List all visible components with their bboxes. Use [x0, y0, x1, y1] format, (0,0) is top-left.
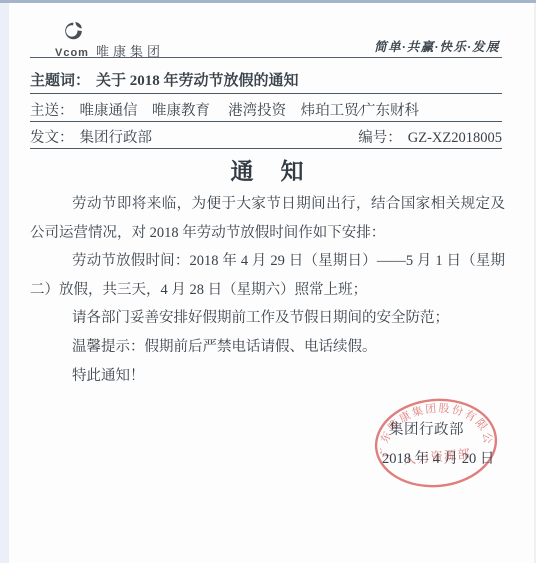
signature-date: 2018 年 4 月 20 日 [382, 447, 494, 468]
subject-value: 关于 2018 年劳动节放假的通知 [96, 73, 299, 89]
body-paragraph: 温馨提示：假期前后严禁电话请假、电话续假。 [30, 333, 505, 362]
vcom-logo-icon [63, 20, 84, 41]
issuer-value: 集团行政部 [80, 130, 153, 146]
scanned-notice-page: Vcom唯康集团 简单·共赢·快乐·发展 主题词：关于 2018 年劳动节放假的… [0, 0, 536, 563]
issuer-label: 发文： [30, 130, 74, 146]
body-paragraph: 请各部门妥善安排好假期前工作及节假日期间的安全防范； [30, 304, 505, 333]
body-paragraph: 特此通知！ [30, 362, 505, 391]
company-logo: Vcom唯康集团 [55, 20, 215, 54]
body-paragraph: 劳动节放假时间：2018 年 4 月 29 日（星期日）——5 月 1 日（星期… [30, 247, 505, 304]
scan-edge-top [0, 0, 536, 3]
doc-number-value: GZ-XZ2018005 [408, 130, 502, 146]
notice-body: 劳动节即将来临，为便于大家节日期间出行，结合国家相关规定及公司运营情况，对 20… [30, 190, 505, 390]
subject-label: 主题词： [30, 73, 90, 89]
recipients-value: 唯康通信 唯康教育 港湾投资 炜珀工贸∕广东财科 [80, 103, 420, 119]
recipients-row: 主送：唯康通信 唯康教育 港湾投资 炜珀工贸∕广东财科 [30, 99, 502, 122]
issuer-row: 发文：集团行政部 编号：GZ-XZ2018005 [30, 126, 502, 149]
body-paragraph: 劳动节即将来临，为便于大家节日期间出行，结合国家相关规定及公司运营情况，对 20… [30, 190, 505, 247]
scan-edge-left [0, 3, 9, 563]
header-divider [30, 57, 502, 58]
issuer-group: 发文：集团行政部 [30, 126, 152, 148]
signature-department: 集团行政部 [389, 418, 464, 439]
notice-title: 通 知 [0, 153, 536, 186]
doc-number-group: 编号：GZ-XZ2018005 [358, 126, 502, 148]
doc-number-label: 编号： [358, 130, 402, 146]
recipients-label: 主送： [30, 103, 74, 119]
company-slogan: 简单·共赢·快乐·发展 [374, 37, 500, 55]
company-seal-stamp: 广东唯康集团股份有限公司 人力资源部 [367, 390, 505, 497]
subject-row: 主题词：关于 2018 年劳动节放假的通知 [30, 69, 502, 94]
